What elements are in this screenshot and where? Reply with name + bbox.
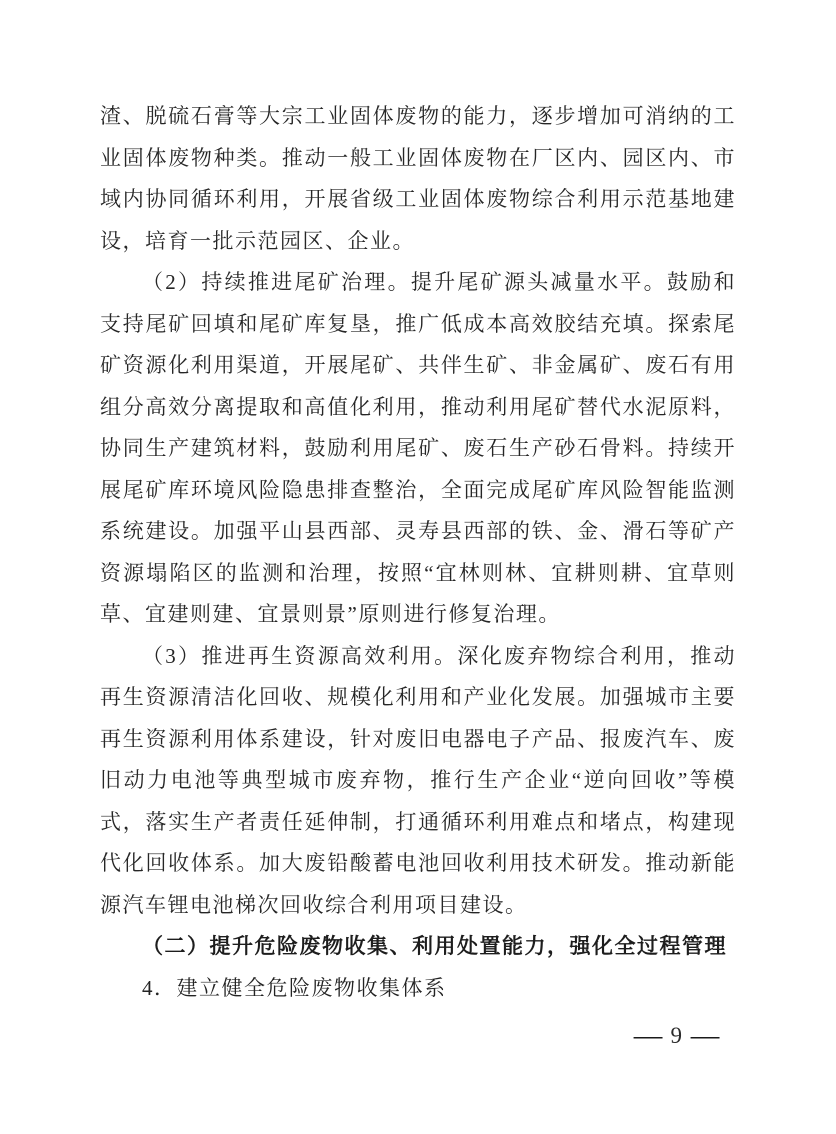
subsection-heading: 4．建立健全危险废物收集体系 — [100, 968, 736, 1010]
page-number: 9 — [671, 1022, 683, 1050]
paragraph-item-3: （3）推进再生资源高效利用。深化废弃物综合利用，推动再生资源清洁化回收、规模化利… — [100, 636, 736, 927]
page-number-dash-right: — — [691, 1022, 720, 1050]
page-number-dash-left: — — [633, 1022, 662, 1050]
paragraph-continuation: 渣、脱硫石膏等大宗工业固体废物的能力，逐步增加可消纳的工业固体废物种类。推动一般… — [100, 96, 736, 262]
page-footer: — 9 — — [637, 1022, 717, 1050]
document-page: 渣、脱硫石膏等大宗工业固体废物的能力，逐步增加可消纳的工业固体废物种类。推动一般… — [0, 0, 836, 1134]
document-body: 渣、脱硫石膏等大宗工业固体废物的能力，逐步增加可消纳的工业固体废物种类。推动一般… — [100, 96, 736, 1009]
section-heading: （二）提升危险废物收集、利用处置能力，强化全过程管理 — [100, 926, 736, 968]
paragraph-item-2: （2）持续推进尾矿治理。提升尾矿源头减量水平。鼓励和支持尾矿回填和尾矿库复垦，推… — [100, 262, 736, 636]
